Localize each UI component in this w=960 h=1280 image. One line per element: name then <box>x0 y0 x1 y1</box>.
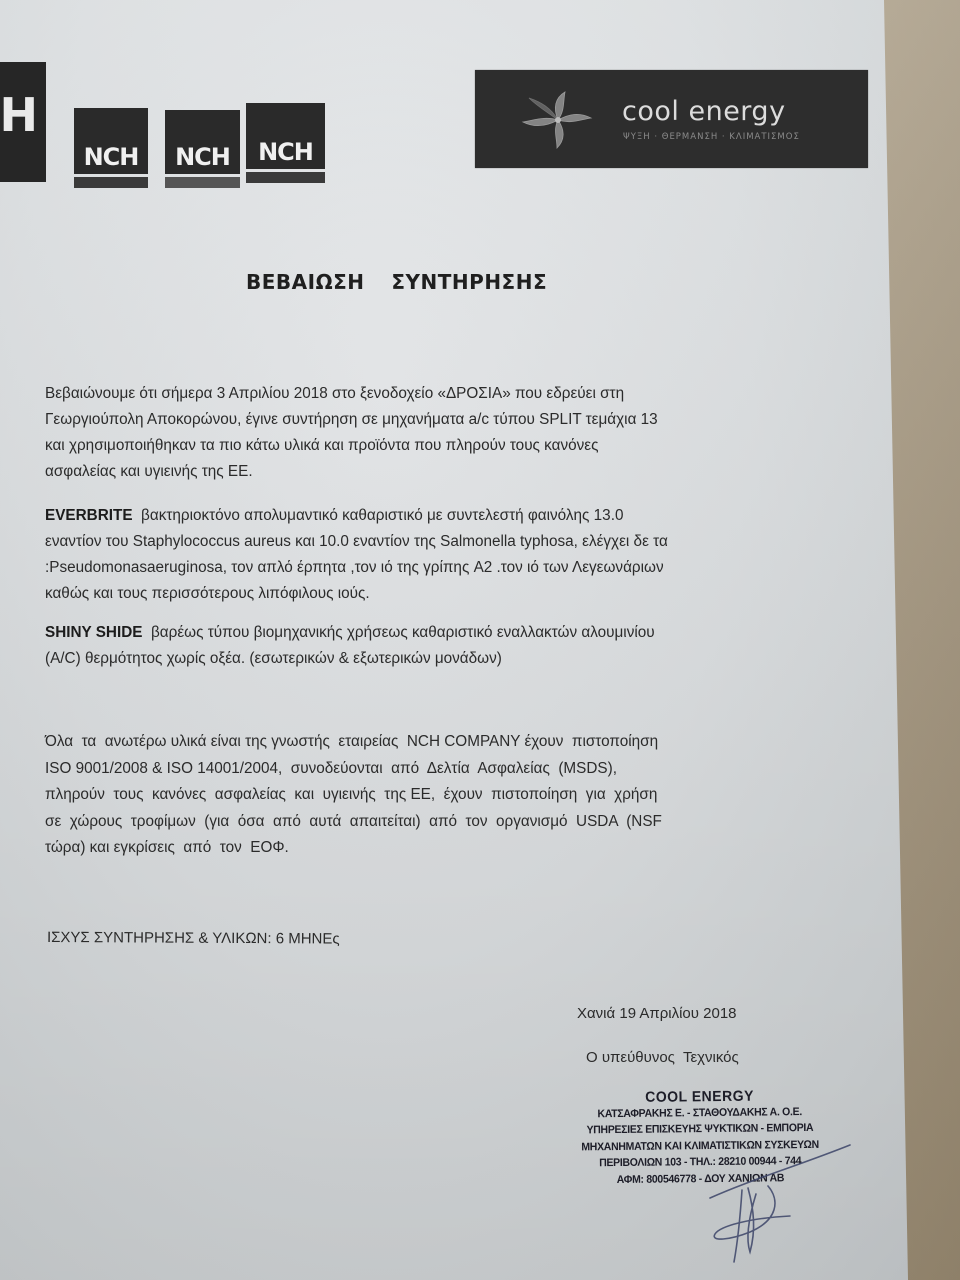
certification-line: σε χώρους τροφίμων (για όσα από αυτά απα… <box>45 809 745 836</box>
product-everbrite-paragraph: EVERBRITE βακτηριοκτόνο απολυμαντικό καθ… <box>45 503 745 607</box>
certification-line: Όλα τα ανωτέρω υλικά είναι της γνωστής ε… <box>45 729 745 756</box>
product-name: SHINY SHIDE <box>45 624 142 641</box>
nch-logo-1-subtitle-bar <box>74 177 148 188</box>
nch-logo-2-text: NCH <box>165 110 240 174</box>
intro-line: και χρησιμοποιήθηκαν τα πιο κάτω υλικά κ… <box>45 433 745 459</box>
handwritten-signature <box>690 1130 890 1280</box>
place-and-date: Χανιά 19 Απριλίου 2018 <box>577 1005 737 1022</box>
certification-line: τώρα) και εγκρίσεις από τον ΕΟΦ. <box>45 835 745 862</box>
cool-energy-tagline: ΨΥΞΗ · ΘΕΡΜΑΝΣΗ · ΚΛΙΜΑΤΙΣΜΟΣ <box>623 132 800 142</box>
validity-statement: ΙΣΧΥΣ ΣΥΝΤΗΡΗΣΗΣ & ΥΛΙΚΩΝ: 6 ΜΗΝΕς <box>47 929 340 948</box>
nch-logo-partial-text: H <box>0 92 38 138</box>
product-line: εναντίον του Staphylococcus aureus και 1… <box>45 529 745 555</box>
product-line: SHINY SHIDE βαρέως τύπου βιομηχανικής χρ… <box>45 620 745 646</box>
certification-line: ISO 9001/2008 & ISO 14001/2004, συνοδεύο… <box>45 756 745 783</box>
nch-logo-2-subtitle-bar <box>165 177 240 188</box>
nch-logo-partial: H <box>0 62 46 182</box>
product-description: βαρέως τύπου βιομηχανικής χρήσεως καθαρι… <box>142 624 654 641</box>
nch-logo-3-subtitle-bar <box>246 172 325 183</box>
intro-line: ασφαλείας και υγιεινής της ΕΕ. <box>45 459 745 485</box>
certification-paragraph: Όλα τα ανωτέρω υλικά είναι της γνωστής ε… <box>45 729 745 862</box>
nch-logo-1: NCH <box>74 108 148 188</box>
product-shiny-shide-paragraph: SHINY SHIDE βαρέως τύπου βιομηχανικής χρ… <box>45 620 745 672</box>
intro-paragraph: Βεβαιώνουμε ότι σήμερα 3 Απριλίου 2018 σ… <box>45 381 745 485</box>
intro-line: Βεβαιώνουμε ότι σήμερα 3 Απριλίου 2018 σ… <box>45 381 745 407</box>
document-title: ΒΕΒΑΙΩΣΗ ΣΥΝΤΗΡΗΣΗΣ <box>246 270 547 294</box>
product-description: βακτηριοκτόνο απολυμαντικό καθαριστικό μ… <box>133 507 624 524</box>
intro-line: Γεωργιούπολη Αποκορώνου, έγινε συντήρηση… <box>45 407 745 433</box>
nch-logo-3: NCH <box>246 103 325 183</box>
product-name: EVERBRITE <box>45 507 133 524</box>
product-line: :Pseudomonasaeruginosa, τον απλό έρπητα … <box>45 555 745 581</box>
product-line: EVERBRITE βακτηριοκτόνο απολυμαντικό καθ… <box>45 503 745 529</box>
product-line: (A/C) θερμότητος χωρίς οξέα. (εσωτερικών… <box>45 646 745 672</box>
signatory-role: Ο υπεύθυνος Τεχνικός <box>586 1049 739 1066</box>
nch-logo-1-text: NCH <box>74 108 148 174</box>
product-line: καθώς και τους περισσότερους λιπόφιλους … <box>45 581 745 607</box>
cool-energy-logo: cool energy ΨΥΞΗ · ΘΕΡΜΑΝΣΗ · ΚΛΙΜΑΤΙΣΜΟ… <box>475 70 868 168</box>
document-page: H NCH NCH NCH cool energy ΨΥΞΗ · ΘΕΡΜΑΝΣ… <box>0 0 960 1280</box>
nch-logo-2: NCH <box>165 110 240 188</box>
nch-logo-3-text: NCH <box>246 103 325 169</box>
fan-icon <box>513 88 603 152</box>
cool-energy-name: cool energy <box>622 96 786 127</box>
certification-line: πληρούν τους κανόνες ασφαλείας και υγιει… <box>45 782 745 809</box>
